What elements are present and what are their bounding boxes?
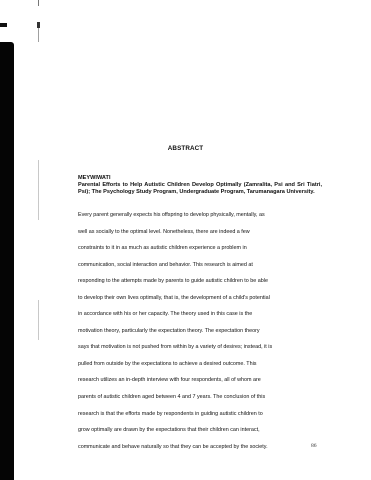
body-line: Every parent generally expects his offsp…: [78, 212, 322, 229]
page-number: 86: [311, 443, 317, 449]
body-line: motivation theory, particularly the expe…: [78, 328, 322, 345]
body-line: communication, social interaction and be…: [78, 262, 322, 279]
scan-artifact-line: [38, 0, 39, 400]
body-line: responding to the attempts made by paren…: [78, 278, 322, 295]
body-line: research is that the efforts made by res…: [78, 411, 322, 428]
body-line: pulled from outside by the expectations …: [78, 361, 322, 378]
thesis-heading: Parental Efforts to Help Autistic Childr…: [78, 182, 322, 197]
scan-binding-shadow: [0, 42, 14, 480]
body-line: well as socially to the optimal level. N…: [78, 229, 322, 246]
body-line: research utilizes an in-depth interview …: [78, 377, 322, 394]
body-line: in accordance with his or her capacity. …: [78, 311, 322, 328]
scan-artifact-mark: [37, 22, 40, 28]
scan-binding-nub: [0, 23, 7, 27]
body-line: constraints to it in as much as autistic…: [78, 245, 322, 262]
body-line: says that motivation is not pushed from …: [78, 344, 322, 361]
page-title: ABSTRACT: [0, 145, 371, 152]
body-line: communicate and behave naturally so that…: [78, 444, 322, 461]
abstract-body: Every parent generally expects his offsp…: [78, 212, 322, 460]
body-line: grow optimally are drawn by the expectat…: [78, 427, 322, 444]
body-line: parents of autistic children aged betwee…: [78, 394, 322, 411]
body-line: to develop their own lives optimally, th…: [78, 295, 322, 312]
author-name: MEYWIWATI: [78, 175, 111, 181]
